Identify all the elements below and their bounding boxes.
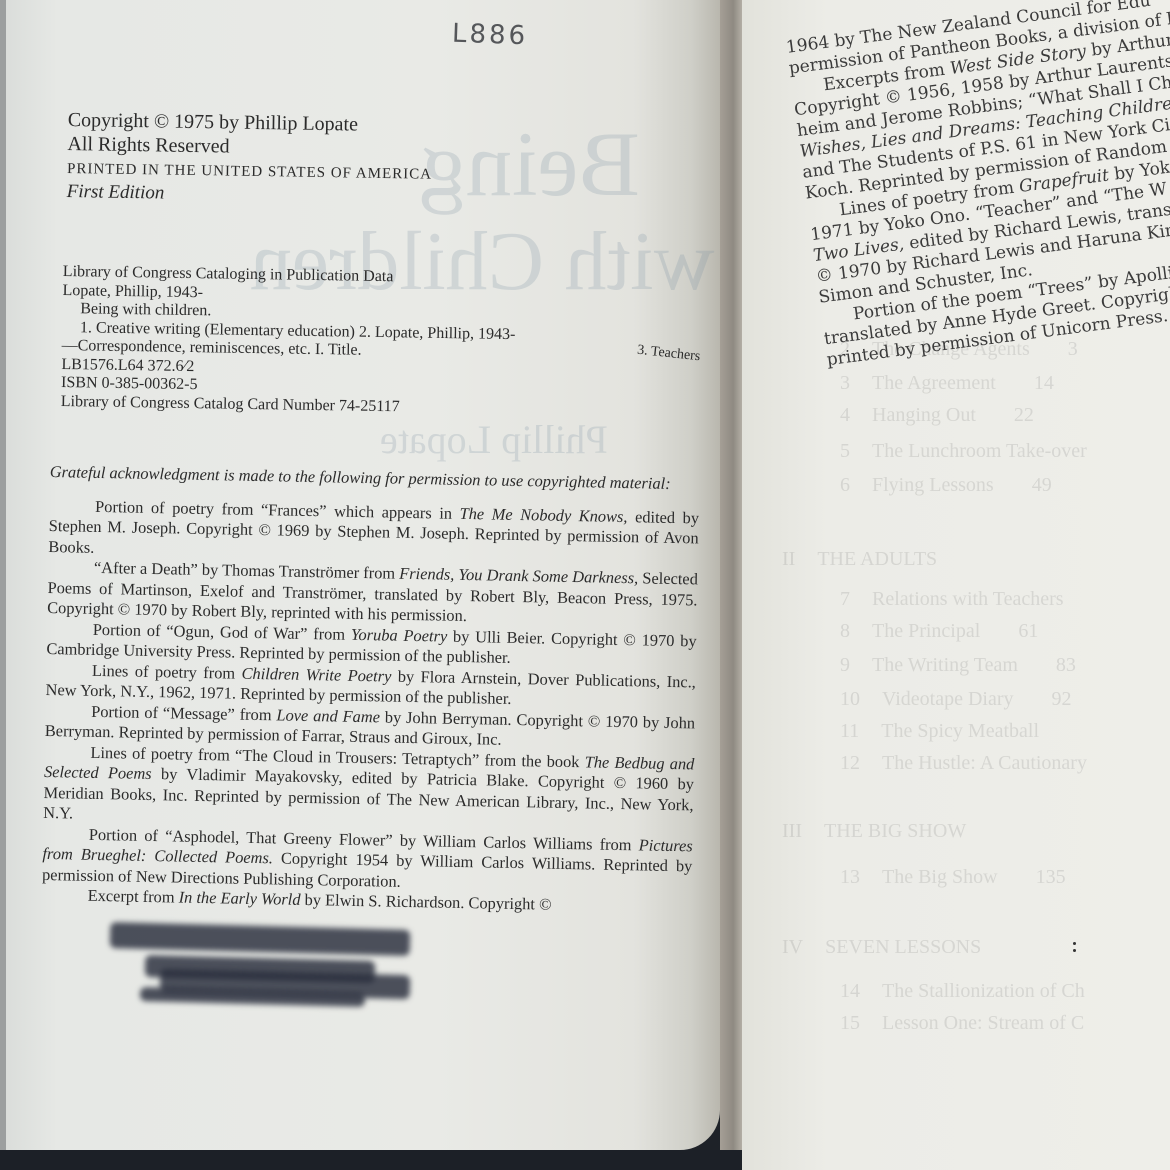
show-through-toc-entry: IIITHE BIG SHOW (782, 820, 1042, 843)
show-through-toc-entry: 8The Principal61 (840, 620, 1076, 643)
left-page-copyright: Being with Children Phillip Lopate L886 … (0, 0, 720, 1150)
show-through-toc-entry: 3The Agreement14 (840, 372, 1092, 395)
copyright-notice: Copyright © 1975 by Phillip Lopate All R… (67, 108, 433, 208)
show-through-author: Phillip Lopate (380, 420, 608, 460)
cip-subjects-tail: 3. Teachers (636, 343, 701, 366)
book-gutter (720, 0, 742, 1150)
show-through-toc-entry: 15Lesson One: Stream of C (840, 1012, 1160, 1035)
acknowledgments-intro: Grateful acknowledgment is made to the f… (50, 462, 700, 495)
acknowledgments: Grateful acknowledgment is made to the f… (41, 462, 699, 918)
right-page-text: 1964 by The New Zealand Council for Edu … (785, 0, 1170, 371)
show-through-toc-entry: 12The Hustle: A Cautionary (840, 752, 1163, 775)
show-through-toc-entry: 6Flying Lessons49 (840, 474, 1090, 497)
cip-data: Library of Congress Cataloging in Public… (61, 263, 517, 418)
show-through-toc-entry: 13The Big Show135 (840, 866, 1104, 889)
handwritten-call-number: L886 (451, 19, 528, 52)
background-surface (0, 1150, 740, 1170)
marker-redaction (110, 922, 411, 956)
show-through-toc-entry: 5The Lunchroom Take-over (840, 440, 1163, 463)
show-through-title-being: Being (420, 118, 640, 210)
show-through-toc-entry: 14The Stallionization of Ch (840, 980, 1161, 1003)
ack-entry: Lines of poetry from “The Cloud in Trous… (43, 741, 694, 835)
show-through-toc-entry: 4Hanging Out22 (840, 404, 1072, 427)
show-through-toc-entry: 7Relations with Teachers (840, 588, 1140, 611)
show-through-toc-entry: 9The Writing Team83 (840, 654, 1114, 677)
show-through-toc-entry: IITHE ADULTS (782, 548, 1013, 571)
show-through-toc-entry: IVSEVEN LESSONS (782, 936, 1057, 959)
ink-specks (1073, 942, 1077, 962)
show-through-toc-entry: 10Videotape Diary92 (840, 688, 1110, 711)
show-through-toc-entry: 11The Spicy Meatball (840, 720, 1115, 743)
